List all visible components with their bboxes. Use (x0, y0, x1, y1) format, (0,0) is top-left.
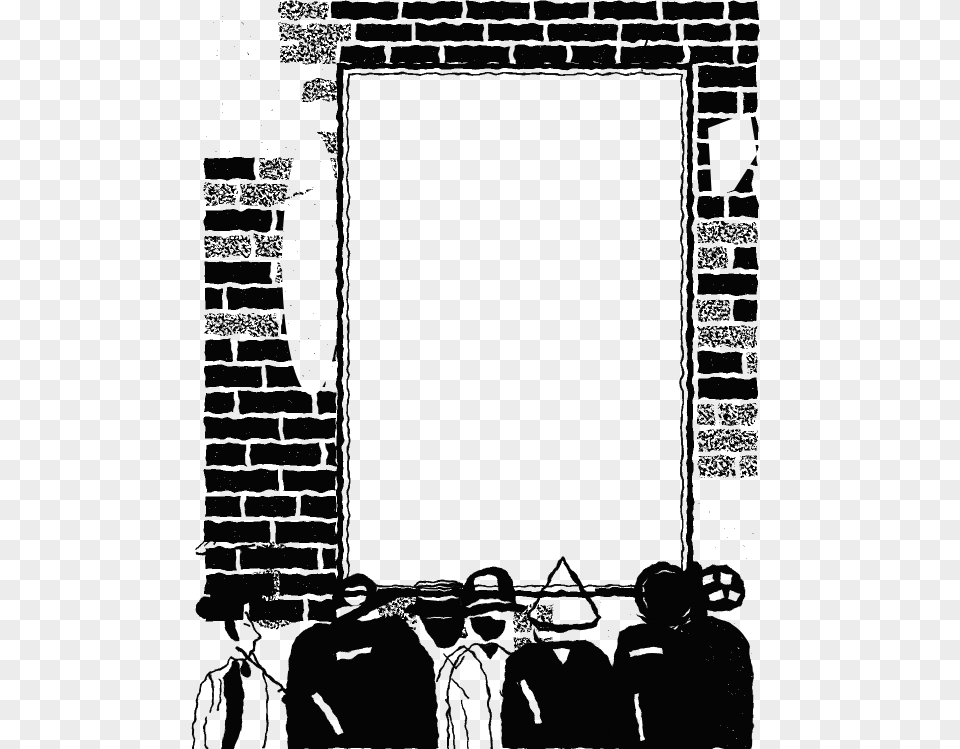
quoin-stone (250, 599, 294, 629)
brick (698, 404, 714, 425)
brick (698, 92, 737, 113)
brick (698, 248, 728, 269)
brick (548, 24, 617, 41)
brick (594, 2, 658, 19)
brick (742, 92, 757, 113)
brick (246, 496, 296, 517)
brick (403, 2, 462, 19)
hair (470, 616, 506, 641)
brick (205, 366, 261, 387)
body (501, 640, 618, 749)
brick (205, 496, 241, 517)
collar (478, 644, 500, 660)
brick (621, 46, 683, 63)
brick (689, 46, 734, 63)
trilby-crown (461, 568, 517, 608)
brick (622, 24, 679, 41)
brick (515, 46, 566, 63)
brick (698, 274, 757, 295)
brick (698, 430, 757, 451)
brick (698, 196, 724, 217)
brick (205, 314, 277, 335)
shoulder-shadow (396, 644, 438, 749)
brick (698, 508, 725, 529)
brick (277, 106, 336, 127)
eye (244, 624, 248, 626)
brick (663, 2, 724, 19)
transparency-checkerboard-background (0, 0, 960, 749)
brick (740, 456, 757, 477)
brick (205, 470, 279, 491)
brick (734, 300, 757, 321)
brick (299, 28, 336, 49)
brick (698, 352, 742, 373)
brick (205, 444, 246, 465)
brick (284, 418, 336, 439)
brick (205, 262, 271, 283)
brick (341, 46, 385, 63)
panama-shade (566, 564, 597, 613)
brick-wall-right-column (698, 66, 757, 633)
brick (205, 418, 279, 439)
brick (698, 118, 757, 139)
brick (698, 144, 724, 165)
brick (571, 46, 616, 63)
brick (284, 470, 337, 491)
brick (467, 2, 529, 19)
brick (698, 326, 757, 347)
brick (323, 548, 336, 569)
brick (728, 2, 758, 19)
brick (698, 300, 729, 321)
brick (729, 144, 757, 165)
brick (205, 210, 271, 231)
brick (733, 248, 757, 269)
person-man-flat-cap-body (649, 617, 753, 749)
coat-lapel (221, 659, 244, 749)
quoin-stone (252, 542, 292, 570)
brick (488, 24, 543, 41)
brick (301, 496, 336, 517)
poster-crowd-illustration (0, 0, 960, 749)
brick (228, 288, 291, 309)
brick (332, 2, 398, 19)
poster-frame-outer (340, 66, 690, 594)
brick (738, 46, 758, 63)
blank-poster (340, 26, 691, 596)
brick (275, 522, 336, 543)
brick (730, 508, 757, 529)
poster-frame-inner (348, 74, 682, 586)
brick (205, 340, 232, 361)
brick (251, 444, 321, 465)
brick (390, 46, 439, 63)
brick (698, 534, 757, 555)
brick (698, 66, 757, 87)
brick (729, 196, 757, 217)
brick (444, 46, 510, 63)
brick (684, 24, 731, 41)
brick (205, 184, 235, 205)
brick (719, 404, 757, 425)
brick (205, 522, 270, 543)
brick (309, 600, 336, 621)
brick (205, 132, 242, 153)
brick (698, 378, 757, 399)
brick (357, 24, 412, 41)
brick (289, 80, 336, 101)
brick (534, 2, 589, 19)
brick (698, 456, 735, 477)
brick-wall-top-band (280, 2, 758, 63)
brick (698, 222, 757, 243)
brick (205, 158, 255, 179)
brick (736, 24, 758, 41)
brick (747, 352, 757, 373)
brick (698, 170, 753, 191)
brick (698, 482, 757, 503)
brick (205, 288, 223, 309)
brick (205, 392, 234, 413)
brick (205, 236, 251, 257)
brick (417, 24, 484, 41)
brick (326, 444, 336, 465)
body (649, 617, 753, 749)
